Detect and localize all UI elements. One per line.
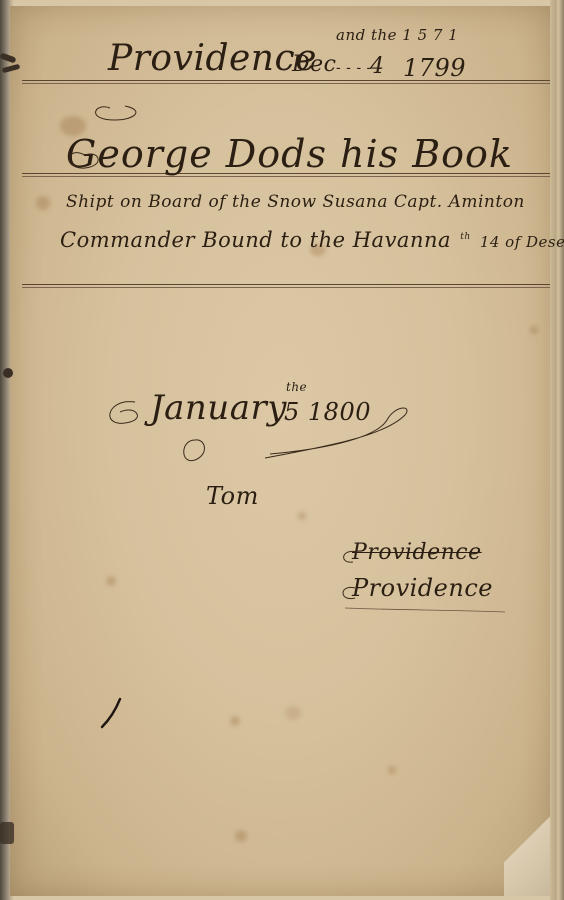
header-year: 1799 (403, 54, 466, 82)
ink-mark (98, 695, 128, 735)
header-month: Dec (292, 52, 336, 77)
header-interlinear-note: and the 1 5 7 1 (336, 26, 458, 44)
foxing-stain (106, 576, 116, 586)
binding-thread (0, 822, 14, 844)
description-line-1: Shipt on Board of the Snow Susana Capt. … (66, 192, 525, 212)
header-day: 4 (370, 54, 385, 79)
foxing-stain (530, 326, 538, 334)
foxing-stain (36, 196, 50, 210)
foxing-stain (230, 716, 240, 726)
title-flourish (55, 100, 195, 180)
signature-flourish (335, 540, 515, 620)
foxing-stain (298, 512, 306, 520)
lower-word: Tom (206, 482, 259, 510)
rule-line-section (22, 284, 550, 288)
header-place: Providence (108, 38, 317, 79)
foxing-stain (285, 706, 301, 720)
description-line-2: Commander Bound to the Havanna th 14 of … (60, 228, 564, 252)
middle-flourish (95, 390, 415, 470)
binding-thread (3, 368, 13, 378)
description-date-sup: th (460, 232, 470, 242)
foxing-stain (388, 766, 396, 774)
rule-line-header (22, 80, 550, 84)
description-line-2-prefix: Commander Bound to the Havanna (60, 228, 451, 252)
foxing-stain (235, 830, 247, 842)
description-date: 14 of Desember 1797 (480, 233, 564, 251)
page-corner-fold (504, 796, 550, 896)
page-edges (550, 0, 564, 900)
